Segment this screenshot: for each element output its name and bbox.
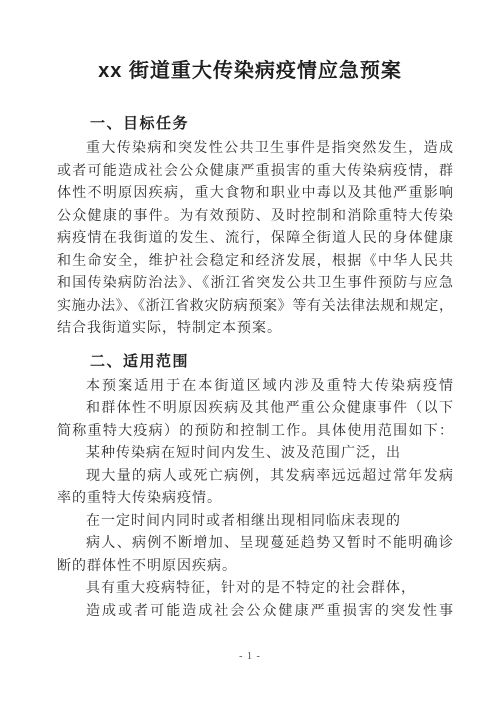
paragraph-line: 在一定时间内同时或者相继出现相同临床表现的 [57,511,453,534]
paragraph-line: 现大量的病人或死亡病例，其发病率远远超过常年发病 [57,466,453,489]
document-section: 一、目标任务重大传染病和突发性公共卫生事件是指突然发生，造成或者可能造成社会公众… [57,112,453,341]
paragraph-line: 结合我街道实际，特制定本预案。 [57,318,453,341]
document-section: 二、适用范围本预案适用于在本街道区域内涉及重特大传染病疫情和群体性不明原因疾病及… [57,350,453,624]
paragraph-line: 实施办法》、《浙江省救灾防病预案》等有关法律法规和规定， [57,296,453,319]
paragraph-line: 和生命安全，维护社会稳定和经济发展，根据《中华人民共 [57,251,453,274]
section-heading: 二、适用范围 [57,350,453,373]
paragraph-line: 公众健康的事件。为有效预防、及时控制和消除重特大传染 [57,206,453,229]
paragraph-line: 本预案适用于在本街道区域内涉及重特大传染病疫情 [57,376,453,399]
section-heading: 一、目标任务 [57,112,453,135]
paragraph-line: 体性不明原因疾病，重大食物和职业中毒以及其他严重影响 [57,183,453,206]
paragraph-line: 和群体性不明原因疾病及其他严重公众健康事件（以下 [57,398,453,421]
paragraph-line: 或者可能造成社会公众健康严重损害的重大传染病疫情，群 [57,161,453,184]
paragraph-line: 断的群体性不明原因疾病。 [57,556,453,579]
paragraph-line: 重大传染病和突发性公共卫生事件是指突然发生，造成 [57,138,453,161]
document-title: xx 街道重大传染病疫情应急预案 [0,0,500,85]
paragraph-line: 造成或者可能造成社会公众健康严重损害的突发性事 [57,601,453,624]
paragraph-line: 病疫情在我街道的发生、流行，保障全街道人民的身体健康 [57,228,453,251]
paragraph-line: 病人、病例不断增加、呈现蔓延趋势又暂时不能明确诊 [57,533,453,556]
paragraph-line: 和国传染病防治法》、《浙江省突发公共卫生事件预防与应急 [57,273,453,296]
document-page: xx 街道重大传染病疫情应急预案 一、目标任务重大传染病和突发性公共卫生事件是指… [0,0,500,708]
paragraph-line: 率的重特大传染病疫情。 [57,488,453,511]
document-body: 一、目标任务重大传染病和突发性公共卫生事件是指突然发生，造成或者可能造成社会公众… [57,112,453,623]
paragraph-line: 具有重大疫病特征，针对的是不特定的社会群体， [57,578,453,601]
paragraph-line: 简称重特大疫病）的预防和控制工作。具体使用范围如下： [57,421,453,444]
page-number: - 1 - [0,651,500,662]
paragraph-line: 某种传染病在短时间内发生、波及范围广泛，出 [57,443,453,466]
